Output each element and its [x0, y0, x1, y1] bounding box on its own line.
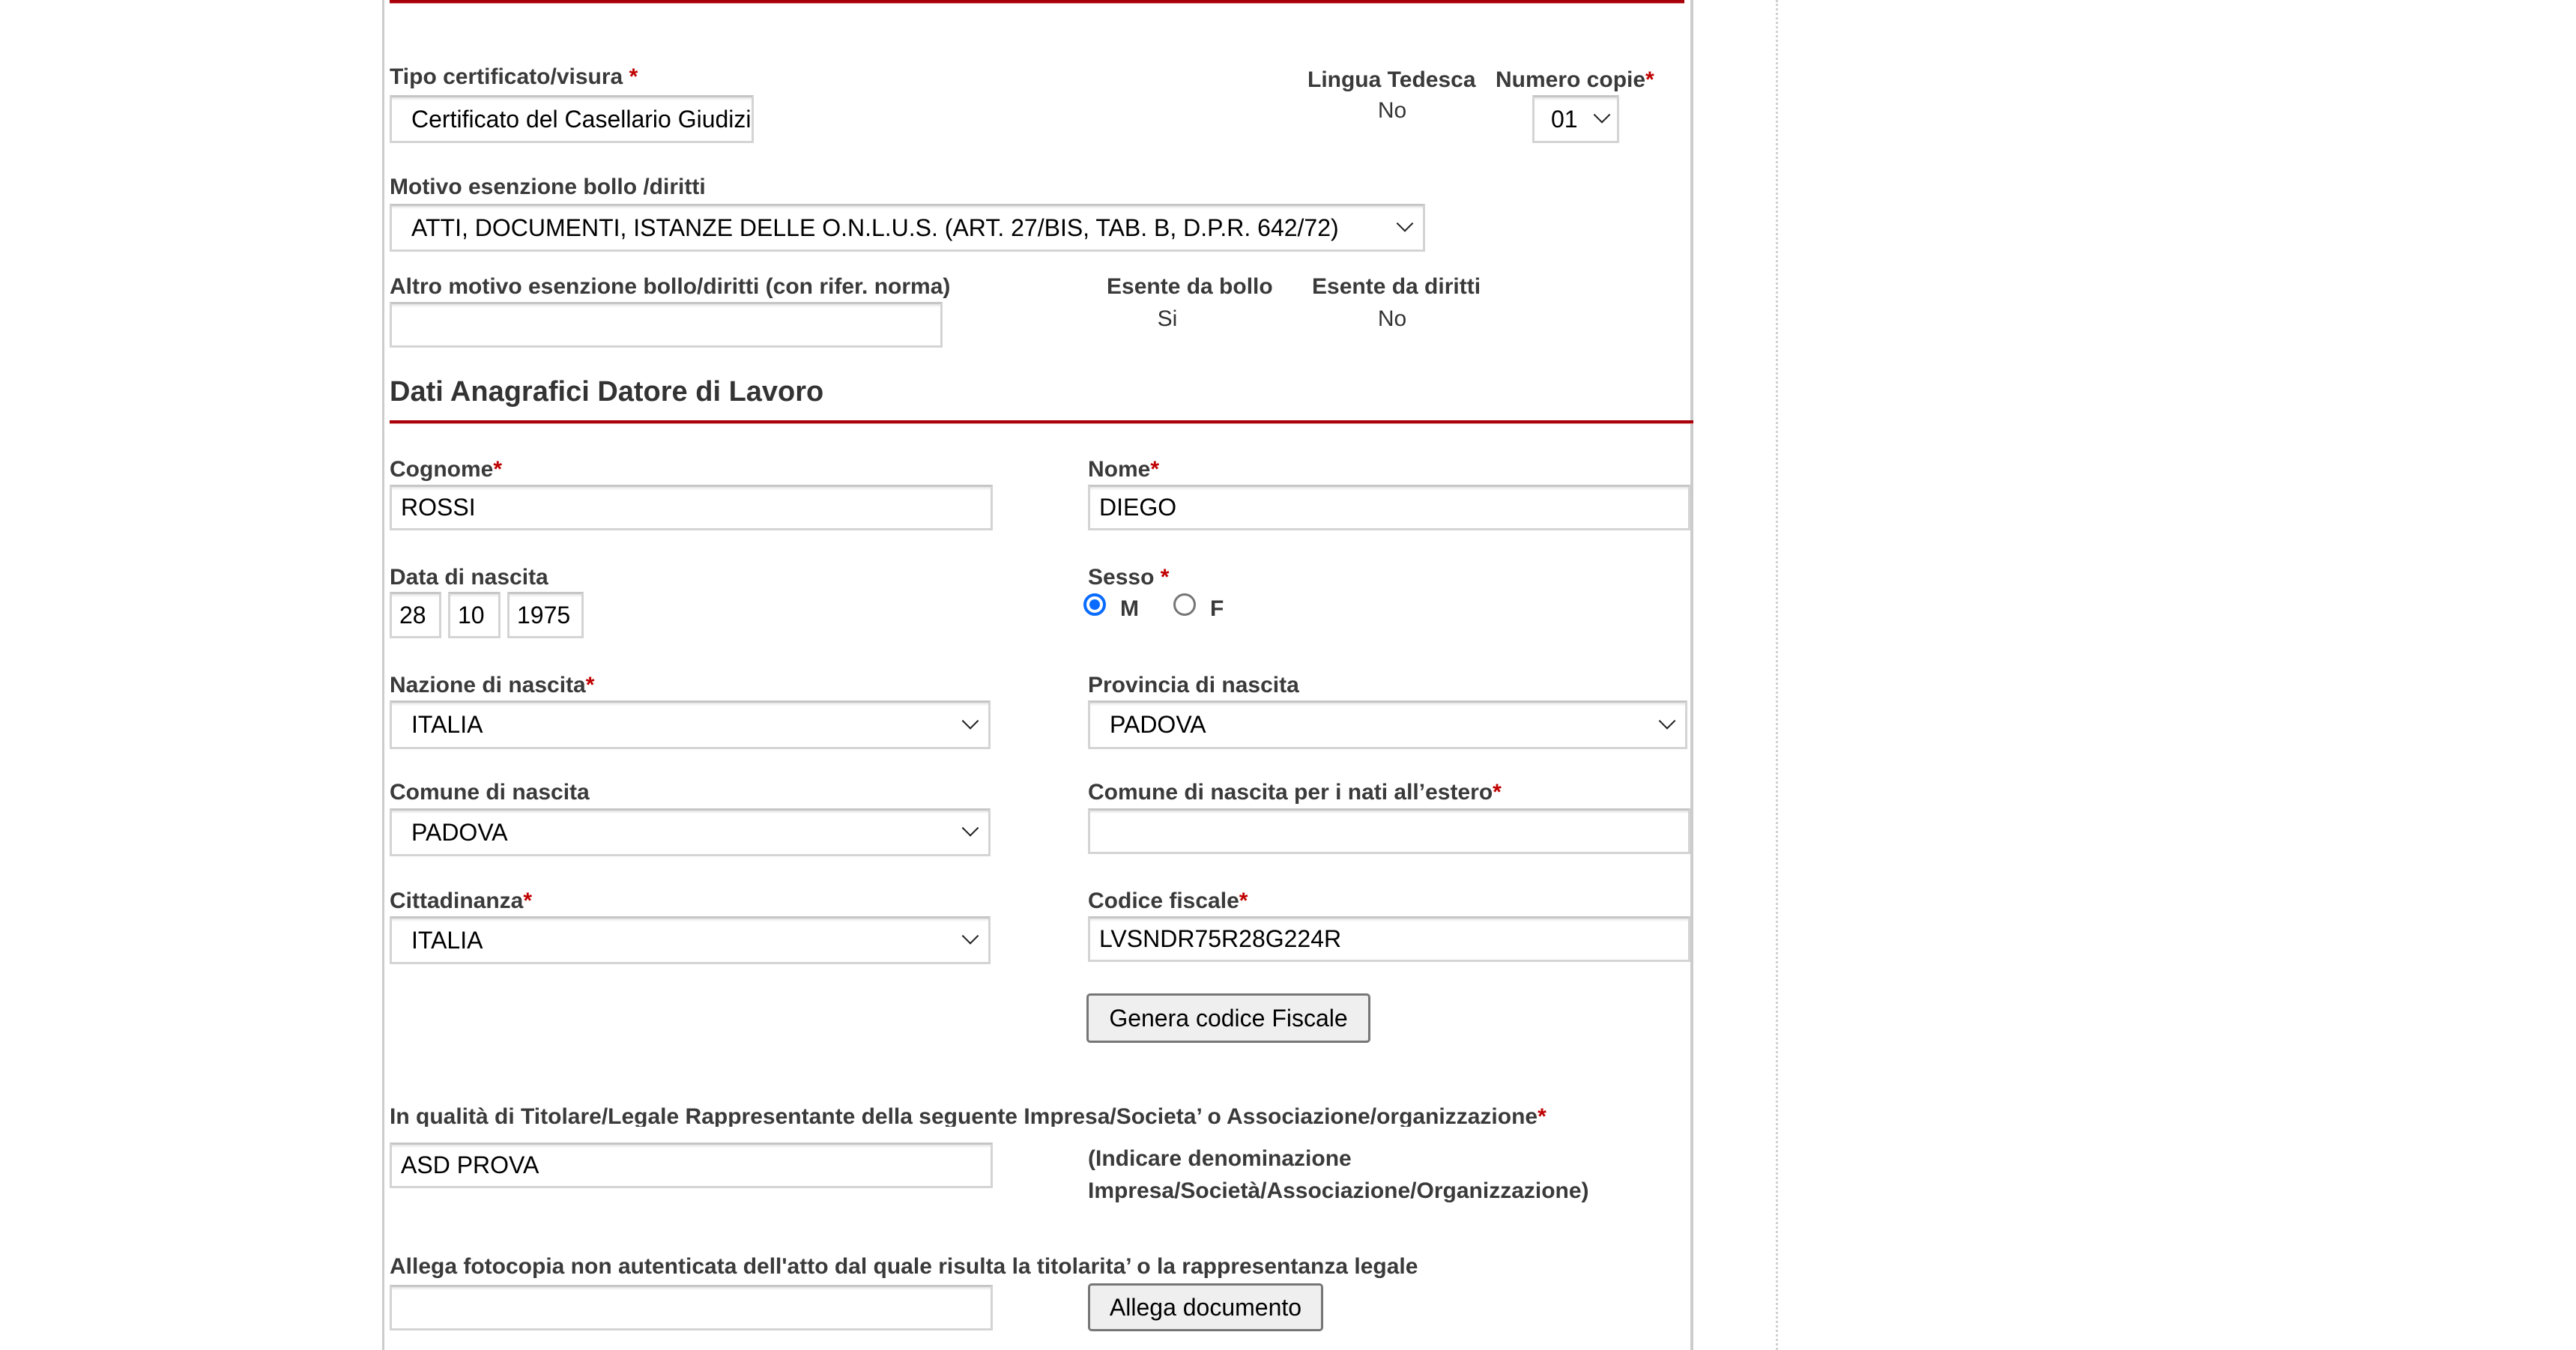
chevron-down-icon	[962, 712, 979, 730]
required-asterisk: *	[629, 64, 638, 89]
tax-code-input[interactable]: LVSNDR75R28G224R	[1088, 916, 1690, 962]
attach-document-button[interactable]: Allega documento	[1088, 1283, 1323, 1331]
sex-radio-m[interactable]	[1083, 593, 1106, 616]
surname-input[interactable]: ROSSI	[390, 485, 993, 530]
citizenship-label-text: Cittadinanza	[390, 889, 523, 913]
foreign-city-label: Comune di nascita per i nati all’estero*	[1088, 780, 1502, 805]
section-title: Dati Anagrafici Datore di Lavoro	[390, 375, 823, 408]
birth-province-label: Provincia di nascita	[1088, 673, 1299, 698]
copies-value: 01	[1551, 106, 1578, 133]
sex-radio-f[interactable]	[1173, 593, 1196, 616]
birth-city-label: Comune di nascita	[390, 780, 590, 805]
required-asterisk: *	[1493, 780, 1502, 805]
required-asterisk: *	[1239, 889, 1248, 913]
chevron-down-icon	[962, 820, 979, 837]
generate-tax-code-button[interactable]: Genera codice Fiscale	[1086, 993, 1370, 1043]
required-asterisk: *	[1538, 1104, 1546, 1127]
chevron-down-icon	[1659, 712, 1676, 730]
copies-select[interactable]: 01	[1532, 95, 1619, 143]
chevron-down-icon	[962, 927, 979, 945]
birth-city-value: PADOVA	[411, 819, 508, 847]
role-label: In qualità di Titolare/Legale Rappresent…	[390, 1104, 1546, 1127]
citizenship-value: ITALIA	[411, 927, 483, 954]
required-asterisk: *	[586, 673, 595, 697]
birth-month-input[interactable]: 10	[448, 592, 501, 638]
sex-option-m-label[interactable]: M	[1120, 596, 1139, 622]
birth-province-value: PADOVA	[1110, 711, 1206, 739]
birth-year-input[interactable]: 1975	[507, 592, 584, 638]
panel-right-border	[1690, 0, 1693, 1350]
certificate-type-value: Certificato del Casellario Giudiziale ri…	[411, 106, 754, 133]
birth-date-label: Data di nascita	[390, 565, 548, 590]
tax-code-label: Codice fiscale*	[1088, 889, 1248, 914]
organization-hint-line2: Impresa/Società/Associazione/Organizzazi…	[1088, 1178, 1589, 1204]
birth-city-select[interactable]: PADOVA	[390, 808, 991, 856]
german-language-label: Lingua Tedesca	[1307, 67, 1476, 93]
panel-left-border	[382, 0, 384, 1350]
other-exemption-label: Altro motivo esenzione bollo/diritti (co…	[390, 274, 950, 300]
fees-exempt-label: Esente da diritti	[1312, 274, 1481, 300]
sex-label: Sesso *	[1088, 565, 1169, 590]
citizenship-select[interactable]: ITALIA	[390, 916, 991, 964]
dotted-divider	[1776, 0, 1778, 1350]
copies-label-text: Numero copie	[1496, 67, 1645, 92]
surname-label-text: Cognome	[390, 457, 493, 482]
certificate-type-label-text: Tipo certificato/visura	[390, 64, 623, 89]
other-exemption-input[interactable]	[390, 302, 943, 348]
name-label: Nome*	[1088, 457, 1159, 482]
name-input[interactable]: DIEGO	[1088, 485, 1690, 530]
section-divider	[390, 420, 1693, 423]
section-divider-top	[390, 0, 1684, 3]
organization-hint-line1: (Indicare denominazione	[1088, 1146, 1352, 1172]
required-asterisk: *	[1645, 67, 1654, 92]
birth-nation-select[interactable]: ITALIA	[390, 700, 991, 749]
sex-option-f-label[interactable]: F	[1210, 596, 1224, 622]
stamp-exempt-label: Esente da bollo	[1107, 274, 1273, 300]
tax-code-label-text: Codice fiscale	[1088, 889, 1239, 913]
birth-province-select[interactable]: PADOVA	[1088, 700, 1687, 749]
copies-label: Numero copie*	[1496, 67, 1654, 93]
stamp-exempt-value: Si	[1139, 306, 1196, 332]
radio-selected-icon[interactable]	[1083, 593, 1106, 616]
required-asterisk: *	[493, 457, 502, 482]
exemption-select[interactable]: ATTI, DOCUMENTI, ISTANZE DELLE O.N.L.U.S…	[390, 204, 1425, 252]
exemption-label: Motivo esenzione bollo /diritti	[390, 175, 706, 200]
foreign-city-label-text: Comune di nascita per i nati all’estero	[1088, 780, 1493, 805]
required-asterisk: *	[1161, 565, 1170, 590]
attachment-label: Allega fotocopia non autenticata dell'at…	[390, 1254, 1418, 1280]
birth-nation-label: Nazione di nascita*	[390, 673, 594, 698]
certificate-type-label: Tipo certificato/visura *	[390, 64, 638, 90]
name-label-text: Nome	[1088, 457, 1150, 482]
fees-exempt-value: No	[1364, 306, 1421, 332]
german-language-value: No	[1364, 98, 1421, 124]
citizenship-label: Cittadinanza*	[390, 889, 532, 914]
required-asterisk: *	[523, 889, 532, 913]
birth-day-input[interactable]: 28	[390, 592, 441, 638]
birth-nation-value: ITALIA	[411, 711, 483, 739]
chevron-down-icon	[1397, 215, 1414, 232]
surname-label: Cognome*	[390, 457, 502, 482]
sex-label-text: Sesso	[1088, 565, 1154, 590]
required-asterisk: *	[1150, 457, 1159, 482]
radio-unselected-icon[interactable]	[1173, 593, 1196, 616]
attachment-input[interactable]	[390, 1285, 993, 1331]
foreign-city-input[interactable]	[1088, 808, 1690, 854]
role-label-text: In qualità di Titolare/Legale Rappresent…	[390, 1104, 1538, 1127]
organization-input[interactable]: ASD PROVA	[390, 1142, 993, 1188]
certificate-type-select[interactable]: Certificato del Casellario Giudiziale ri…	[390, 95, 754, 143]
exemption-value: ATTI, DOCUMENTI, ISTANZE DELLE O.N.L.U.S…	[411, 214, 1339, 242]
birth-nation-label-text: Nazione di nascita	[390, 673, 586, 697]
chevron-down-icon	[1594, 106, 1611, 124]
